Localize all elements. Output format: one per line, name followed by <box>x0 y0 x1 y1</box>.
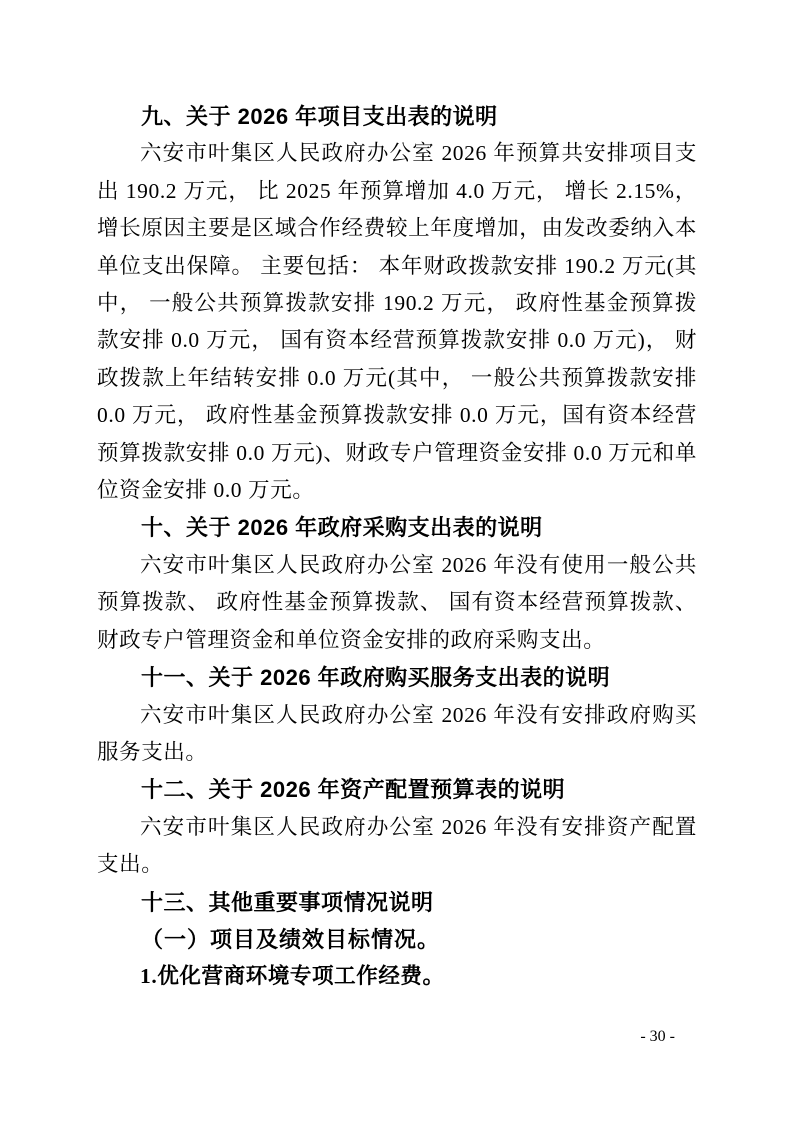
section-11-paragraph: 六安市叶集区人民政府办公室 2026 年没有安排政府购买服务支出。 <box>97 697 697 772</box>
section-9-paragraph: 六安市叶集区人民政府办公室 2026 年预算共安排项目支出 190.2 万元， … <box>97 135 697 509</box>
section-10-heading: 十、关于 2026 年政府采购支出表的说明 <box>97 509 697 546</box>
document-content: 九、关于 2026 年项目支出表的说明 六安市叶集区人民政府办公室 2026 年… <box>97 98 697 996</box>
section-12-paragraph: 六安市叶集区人民政府办公室 2026 年没有安排资产配置支出。 <box>97 809 697 884</box>
section-12-heading: 十二、关于 2026 年资产配置预算表的说明 <box>97 771 697 808</box>
section-11-heading: 十一、关于 2026 年政府购买服务支出表的说明 <box>97 659 697 696</box>
page-number: - 30 - <box>640 1027 675 1047</box>
section-10-paragraph: 六安市叶集区人民政府办公室 2026 年没有使用一般公共预算拨款、 政府性基金预… <box>97 547 697 659</box>
document-page: 九、关于 2026 年项目支出表的说明 六安市叶集区人民政府办公室 2026 年… <box>0 0 793 1122</box>
section-9-heading: 九、关于 2026 年项目支出表的说明 <box>97 98 697 135</box>
section-13-heading: 十三、其他重要事项情况说明 <box>97 884 697 921</box>
section-13-subheading-2: 1.优化营商环境专项工作经费。 <box>97 958 697 995</box>
section-13-subheading-1: （一）项目及绩效目标情况。 <box>97 921 697 958</box>
